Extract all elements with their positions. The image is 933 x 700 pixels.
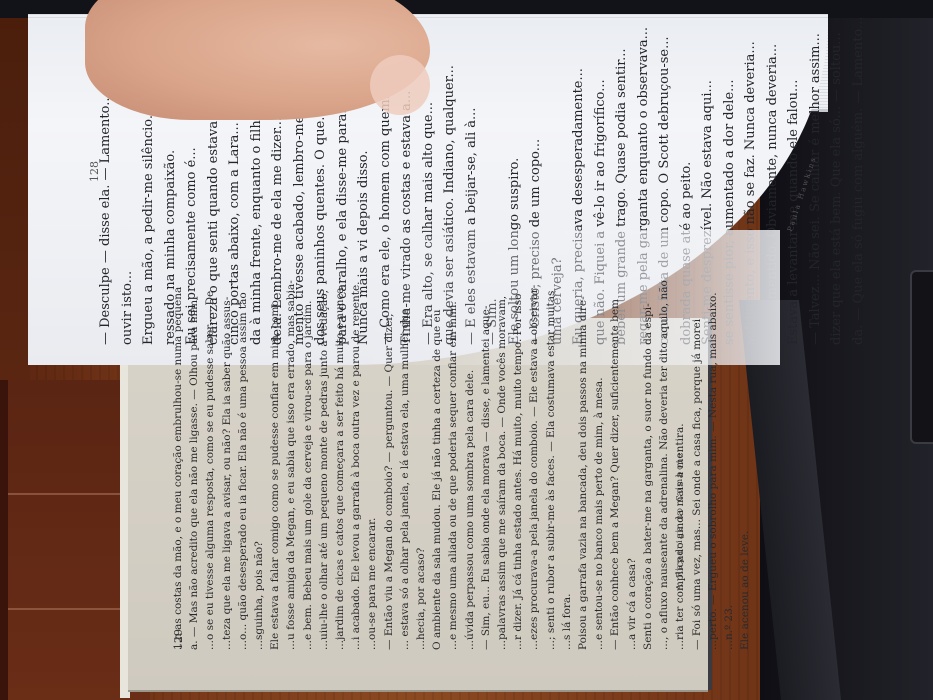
text-line: dobrada quase até ao peito.: [676, 25, 698, 345]
text-line: ...ezes procurava-a pela janela do combo…: [526, 320, 542, 650]
text-line: ...uiu-lhe o olhar até um pequeno monte …: [316, 320, 332, 650]
text-line: ...hecia, por acaso?: [413, 320, 429, 650]
text-line: — Então viu a Megan do comboio? — pergun…: [381, 320, 397, 650]
text-line: ...n.º 23.: [721, 320, 737, 650]
text-line: a. — Mas não acredito que ela não me lig…: [186, 320, 202, 650]
text-line: — Então conhece bem a Megan? Quer dizer,…: [607, 320, 623, 650]
text-line: — Sim, eu... Eu sabia onde ela morava — …: [478, 320, 494, 650]
text-line: se sentisse pior, aumentado a dor dele..…: [719, 25, 741, 345]
text-line: ...jardim de cicas e catos que começara …: [332, 320, 348, 650]
text-line: Poisou a garrafa vazia na bancada, deu d…: [575, 320, 591, 650]
text-line: que não. Fiquei a vê-lo ir ao frigorífic…: [590, 25, 612, 345]
text-line: ..., o afluxo nauseante da adrenalina. N…: [656, 320, 672, 650]
text-line: ...i acabado. Ele levou a garrafa à boca…: [348, 320, 364, 650]
text-line: O ambiente da sala mudou. Ele já não tin…: [429, 320, 445, 650]
text-line: — E eles estavam a beijar-se, ali à...: [461, 25, 483, 345]
text-line: ...n as costas da mão, e o meu coração e…: [170, 320, 186, 650]
wood-edge: [0, 0, 30, 380]
text-line: que devia ser asiático. Indiano, qualque…: [439, 25, 461, 345]
text-line: ...; senti o rubor a subir-me às faces. …: [543, 320, 559, 650]
text-line: ...s lá fora.: [559, 320, 575, 650]
right-page-text: ...n as costas da mão, e o meu coração e…: [170, 320, 753, 650]
text-line: dizer que ela está bem. Que ela só... — …: [826, 25, 848, 345]
right-running-header: A Rapariga no Comboio: [675, 452, 684, 590]
text-line: ...u fosse amiga da Megan, e eu sabia qu…: [283, 320, 299, 650]
thumbnail-nail: [370, 55, 430, 115]
text-line: ...teza que ela me ligava a avisar, ou n…: [219, 320, 235, 650]
text-line: ...ou-se para me encarar.: [364, 320, 380, 650]
text-line: ...e bem. Bebeu mais um gole da cerveja …: [300, 320, 316, 650]
text-line: ...e mesmo uma aliada ou de que poderia …: [445, 320, 461, 650]
text-line: ...sguinha, pois não?: [251, 320, 267, 650]
text-line: ...o se eu tivesse alguma resposta, como…: [202, 320, 218, 650]
text-line: ...úvida perpassou como uma sombra pela …: [462, 320, 478, 650]
text-line: da. — Que ela só fugiu com alguém. — Lam…: [848, 25, 870, 345]
left-page-number: 128: [88, 161, 101, 182]
text-line: ... estava só a olhar pela janela, e lá …: [397, 320, 413, 650]
text-line: ...perto. — Ergueu o sobrolho para mim. …: [705, 320, 721, 650]
text-line: Ele acenou ao de leve.: [737, 320, 753, 650]
device-edge: [910, 270, 933, 444]
text-line: Ele estava a falar comigo como se pudess…: [267, 320, 283, 650]
text-line: ...palavras assim que me saíram da boca.…: [494, 320, 510, 650]
text-line: ...r dizer. Já cá tinha estado antes. Há…: [510, 320, 526, 650]
text-line: sofrimento, e isso não se faz. Nunca dev…: [740, 25, 762, 345]
text-line: ...e sentou-se no banco mais perto de mi…: [591, 320, 607, 650]
text-line: ...a vir cá a casa?: [624, 320, 640, 650]
text-line: — Foi só uma vez, mas... Sei onde a casa…: [689, 320, 705, 650]
text-line: Senti o coração a bater-me na garganta, …: [640, 320, 656, 650]
photo-scene: — Desculpe — disse ela. — Lamento...ouvi…: [0, 0, 933, 700]
text-line: ...o... quão desesperado eu ia ficar. El…: [235, 320, 251, 650]
right-page-number: 129: [172, 629, 185, 650]
text-line: ria ter mentido. Obviamente, nunca dever…: [762, 25, 784, 345]
text-line: beber um grande trago. Quase podia senti…: [611, 25, 633, 345]
text-line: regar-me pela garganta enquanto o observ…: [633, 25, 655, 345]
